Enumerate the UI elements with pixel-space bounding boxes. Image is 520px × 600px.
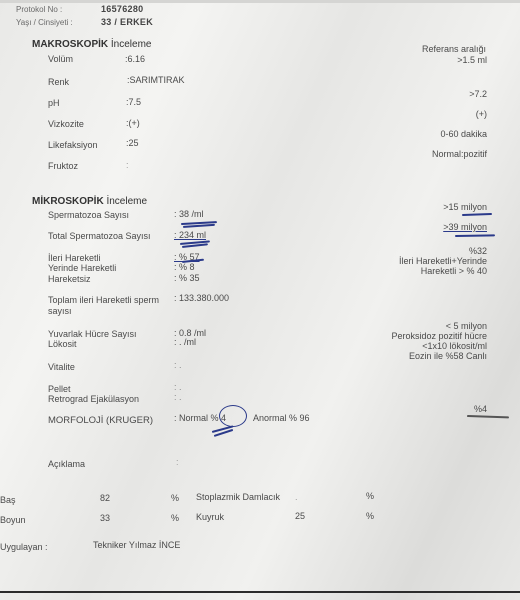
motility-ref-3: Hareketli > % 40 [421, 266, 487, 276]
total-sperm-ref: >39 milyon [443, 222, 487, 232]
nonprogressive-motility-label: Yerinde Hareketli [48, 263, 116, 273]
nonprogressive-motility-value: : % 8 [174, 262, 195, 272]
liquefaction-value: :25 [126, 138, 139, 148]
total-sperm-value: : 234 ml [174, 230, 206, 240]
sperm-count-ref: >15 milyon [443, 202, 487, 212]
round-cell-label: Yuvarlak Hücre Sayısı [48, 329, 137, 339]
microscopic-title-bold: MİKROSKOPİK [32, 196, 104, 207]
explanation-label: Açıklama [48, 459, 85, 469]
protocol-value: 16576280 [101, 4, 143, 14]
total-progressive-label-2: sayısı [48, 306, 72, 316]
ph-label: pH [48, 98, 60, 108]
pen-mark [462, 213, 492, 216]
head-defect-label: Baş [0, 495, 16, 505]
cell-ref-1: < 5 milyon [446, 321, 487, 331]
neck-defect-unit: % [171, 513, 179, 523]
sperm-count-value: : 38 /ml [174, 209, 204, 219]
explanation-value: : [176, 457, 179, 467]
total-sperm-label: Total Spermatozoa Sayısı [48, 231, 151, 241]
fructose-label: Fruktoz [48, 161, 78, 171]
pellet-label: Pellet [48, 384, 71, 394]
sperm-count-label: Spermatozoa Sayısı [48, 210, 129, 220]
fructose-ref: Normal:pozitif [432, 149, 487, 159]
microscopic-section-title: MİKROSKOPİK İnceleme [32, 196, 147, 207]
cytoplasmic-droplet-unit: % [366, 491, 374, 501]
microscopic-title-rest: İnceleme [104, 196, 147, 207]
macroscopic-section-title: MAKROSKOPİK İnceleme [32, 39, 151, 50]
motility-ref-2: İleri Hareketli+Yerinde [399, 256, 487, 266]
pellet-value: : . [174, 382, 182, 392]
morphology-label: MORFOLOJİ (KRUGER) [48, 415, 153, 426]
head-defect-unit: % [171, 493, 179, 503]
age-gender-value: 33 / ERKEK [101, 17, 153, 27]
macroscopic-title-bold: MAKROSKOPİK [32, 39, 108, 50]
total-progressive-label-1: Toplam ileri Hareketli sperm [48, 295, 159, 305]
pen-mark [467, 415, 509, 418]
fructose-value: : [126, 160, 129, 170]
liquefaction-ref: 0-60 dakika [440, 129, 487, 139]
retrograde-value: : . [174, 392, 182, 402]
volume-value: :6.16 [125, 54, 145, 64]
tail-defect-label: Kuyruk [196, 512, 224, 522]
volume-label: Volüm [48, 54, 73, 64]
retrograde-label: Retrograd Ejakülasyon [48, 394, 139, 404]
cytoplasmic-droplet-label: Stoplazmik Damlacık [196, 492, 280, 502]
age-gender-label: Yaşı / Cinsiyeti : [16, 18, 73, 27]
reference-header: Referans aralığı [422, 44, 486, 54]
pen-mark [455, 234, 495, 237]
morphology-ref: %4 [474, 404, 487, 414]
color-value: :SARIMTIRAK [127, 75, 185, 85]
performed-by-value: Tekniker Yılmaz İNCE [93, 540, 180, 550]
immotile-value: : % 35 [174, 273, 200, 283]
cell-ref-3: <1x10 lökosit/ml [422, 341, 487, 351]
volume-ref: >1.5 ml [457, 55, 487, 65]
ph-ref: >7.2 [469, 89, 487, 99]
color-label: Renk [48, 77, 69, 87]
neck-defect-label: Boyun [0, 515, 26, 525]
vitality-label: Vitalite [48, 362, 75, 372]
tail-defect-value: 25 [295, 511, 305, 521]
total-progressive-value: : 133.380.000 [174, 293, 229, 303]
morphology-normal-prefix: : Normal % [174, 413, 219, 423]
motility-ref-1: %32 [469, 246, 487, 256]
vitality-value: : . [174, 360, 182, 370]
photo-edge [0, 0, 520, 3]
head-defect-value: 82 [100, 493, 110, 503]
cell-ref-2: Peroksidoz pozitif hücre [391, 331, 487, 341]
viscosity-label: Vizkozite [48, 119, 84, 129]
viscosity-ref: (+) [476, 109, 487, 119]
neck-defect-value: 33 [100, 513, 110, 523]
progressive-motility-label: İleri Hareketli [48, 253, 101, 263]
protocol-label: Protokol No : [16, 5, 62, 14]
viscosity-value: :(+) [126, 118, 140, 128]
cytoplasmic-droplet-value: . [295, 492, 298, 502]
leukocyte-value: : . /ml [174, 337, 196, 347]
morphology-abnormal: Anormal % 96 [253, 413, 310, 423]
tail-defect-unit: % [366, 511, 374, 521]
cell-ref-4: Eozin ile %58 Canlı [409, 351, 487, 361]
macroscopic-title-rest: İnceleme [108, 39, 151, 50]
immotile-label: Hareketsiz [48, 274, 91, 284]
liquefaction-label: Likefaksiyon [48, 140, 98, 150]
ph-value: :7.5 [126, 97, 141, 107]
performed-by-label: Uygulayan : [0, 542, 48, 552]
leukocyte-label: Lökosit [48, 339, 77, 349]
pen-circle [219, 405, 247, 427]
footer-divider [0, 591, 520, 593]
